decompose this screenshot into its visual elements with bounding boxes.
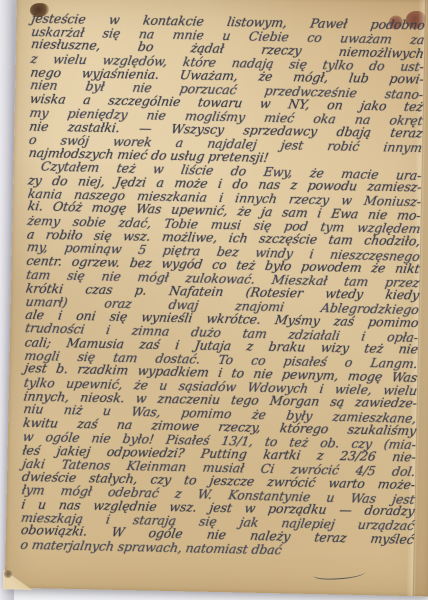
signature-flourish xyxy=(313,570,365,580)
stain-bottom-left-edge xyxy=(4,570,12,578)
scan-background: jesteście w kontakcie listowym, Paweł po… xyxy=(0,0,428,600)
letter-paper: jesteście w kontakcie listowym, Paweł po… xyxy=(5,0,428,596)
letter-text: jesteście w kontakcie listowym, Paweł po… xyxy=(21,11,425,559)
